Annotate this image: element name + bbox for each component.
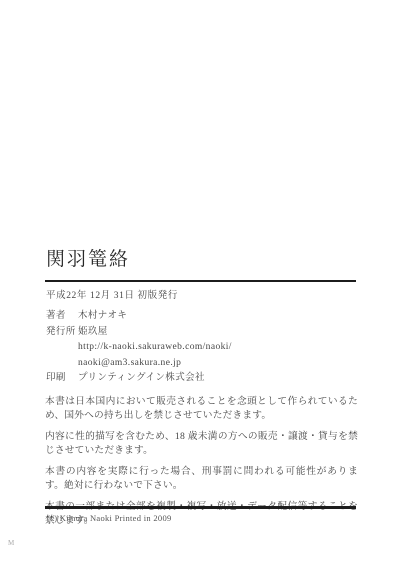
notice-domestic-sales: 本書は日本国内において販売されることを念頭として作られているため、国外への持ち出… [45, 395, 358, 422]
author-label: 著者 [46, 309, 78, 325]
publisher-url: http://k-naoki.sakuraweb.com/naoki/ [78, 340, 358, 356]
page-corner-mark: M [8, 539, 14, 547]
edition-line: 平成22年 12月 31日 初版発行 [46, 287, 178, 301]
printer-name: プリンティングイン株式会社 [78, 371, 358, 387]
publication-credits: 著者 木村ナオキ 発行所 姫玖屋 http://k-naoki.sakurawe… [46, 309, 358, 387]
divider-top [45, 280, 356, 282]
credit-row-publisher: 発行所 姫玖屋 [46, 325, 358, 341]
publisher-label: 発行所 [46, 325, 78, 341]
credit-row-website: http://k-naoki.sakuraweb.com/naoki/ [46, 340, 358, 356]
website-label-spacer [46, 340, 78, 356]
notice-criminal-warning: 本書の内容を実際に行った場合、刑事罰に問われる可能性があります。絶対に行わないで… [45, 465, 358, 492]
credit-row-email: naoki@am3.sakura.ne.jp [46, 356, 358, 372]
divider-bottom [45, 506, 356, 509]
publisher-name: 姫玖屋 [78, 325, 358, 341]
credit-row-author: 著者 木村ナオキ [46, 309, 358, 325]
email-label-spacer [46, 356, 78, 372]
credit-row-printer: 印刷 プリンティングイン株式会社 [46, 371, 358, 387]
author-name: 木村ナオキ [78, 309, 358, 325]
colophon-page: 関羽篭絡 平成22年 12月 31日 初版発行 著者 木村ナオキ 発行所 姫玖屋… [0, 0, 400, 568]
printer-label: 印刷 [46, 371, 78, 387]
copyright-line: (c) Kimura Naoki Printed in 2009 [47, 513, 172, 523]
notice-age-restriction: 内容に性的描写を含むため、18 歳未満の方への販売・譲渡・貸与を禁じさせていただ… [45, 430, 358, 457]
book-title: 関羽篭絡 [46, 244, 130, 271]
publisher-email: naoki@am3.sakura.ne.jp [78, 356, 358, 372]
